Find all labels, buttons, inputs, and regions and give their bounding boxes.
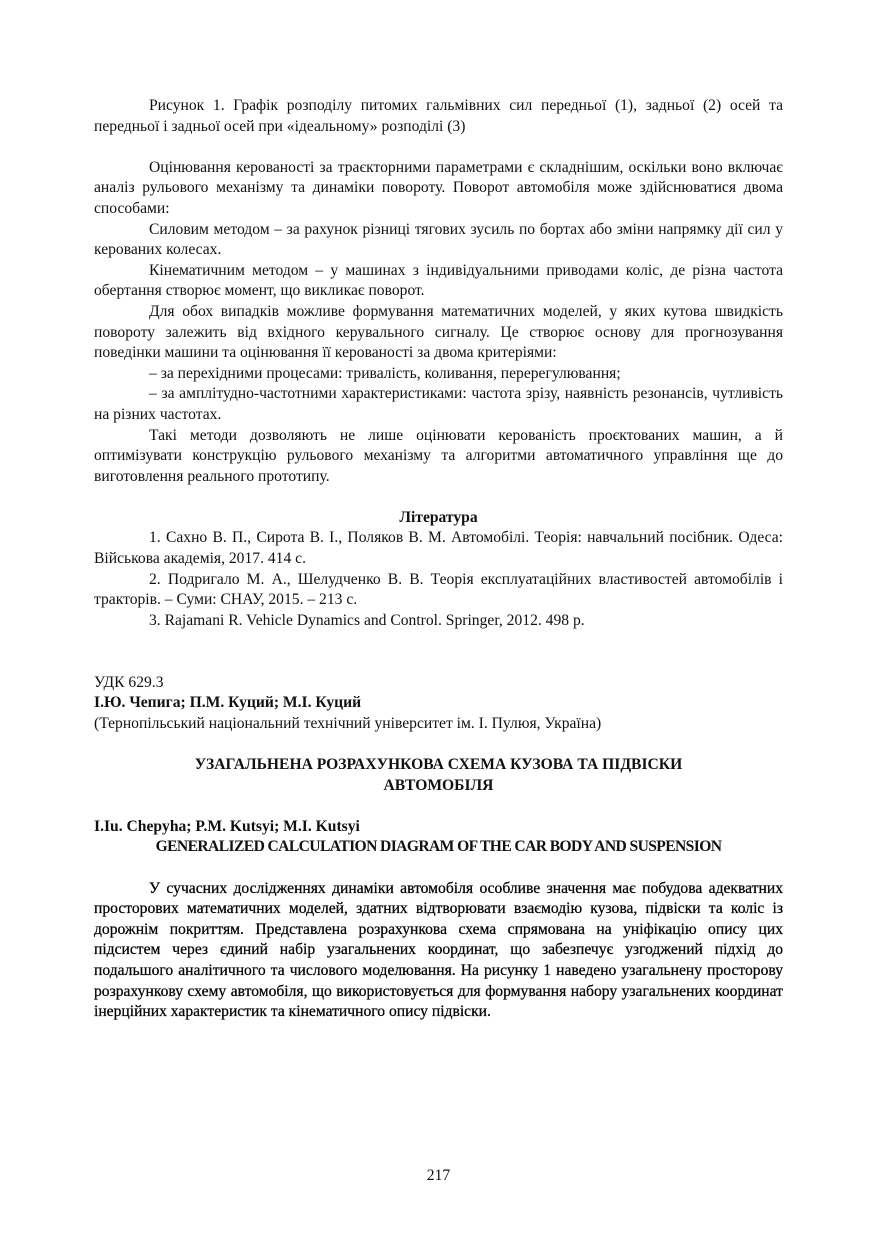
udc-code: УДК 629.3 (94, 673, 783, 694)
paragraph: Такі методи дозволяють не лише оцінювати… (94, 426, 783, 488)
figure-caption: Рисунок 1. Графік розподілу питомих галь… (94, 96, 783, 137)
paragraph: Оцінювання керованості за траєкторними п… (94, 158, 783, 220)
reference-item: 1. Сахно В. П., Сирота В. І., Поляков В.… (94, 528, 783, 569)
reference-item: 2. Подригало М. А., Шелудченко В. В. Тео… (94, 570, 783, 611)
paragraph: Кінематичним методом – у машинах з індив… (94, 261, 783, 302)
paragraph: Для обох випадків можливе формування мат… (94, 302, 783, 364)
document-page: Рисунок 1. Графік розподілу питомих галь… (94, 96, 783, 1023)
affiliation: (Тернопільський національний технічний у… (94, 714, 783, 735)
list-item: – за амплітудно-частотними характеристик… (94, 384, 783, 425)
authors-en: I.Iu. Chepyha; P.M. Kutsyi; M.I. Kutsyi (94, 817, 783, 838)
literature-heading: Література (94, 508, 783, 529)
page-number: 217 (0, 1167, 877, 1185)
article-body: У сучасних дослідженнях динаміки автомоб… (94, 879, 783, 1023)
authors-uk: І.Ю. Чепига; П.М. Куций; М.І. Куций (94, 693, 783, 714)
article-title-uk: УЗАГАЛЬНЕНА РОЗРАХУНКОВА СХЕМА КУЗОВА ТА… (94, 755, 783, 796)
article-title-en: GENERALIZED CALCULATION DIAGRAM OF THE C… (94, 837, 783, 858)
list-item: – за перехідними процесами: тривалість, … (94, 364, 783, 385)
paragraph: Силовим методом – за рахунок різниці тяг… (94, 220, 783, 261)
reference-item: 3. Rajamani R. Vehicle Dynamics and Cont… (94, 611, 783, 632)
